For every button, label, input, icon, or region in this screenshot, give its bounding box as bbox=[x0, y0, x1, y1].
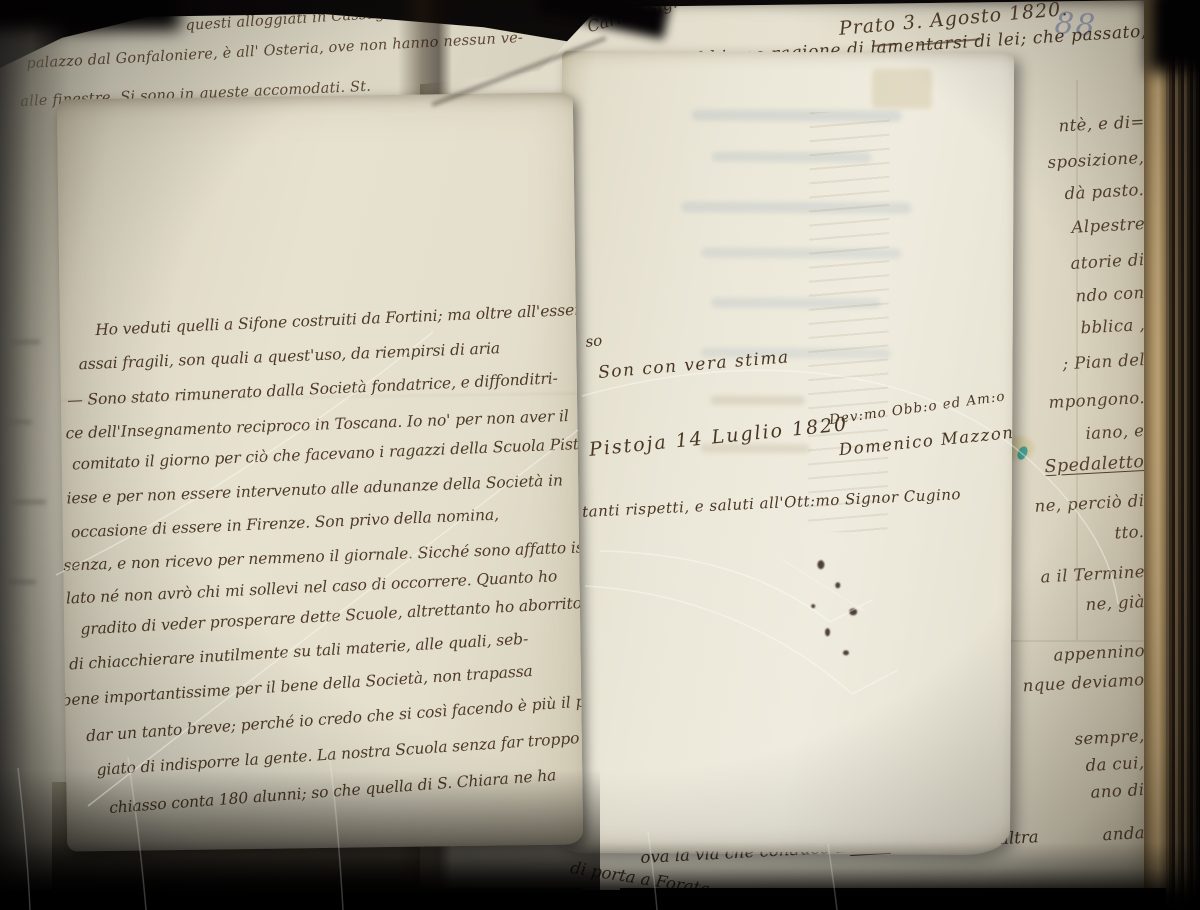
page-stack-edge bbox=[1166, 0, 1200, 910]
letter-sheet-middle: so Son con vera stima Pistoja 14 Luglio … bbox=[558, 51, 1014, 853]
handwriting-line: comitato il giorno per ciò che facevano … bbox=[72, 435, 583, 474]
handwriting-line: occasione di essere in Firenze. Son priv… bbox=[71, 506, 500, 542]
edge-fragment: sempre, bbox=[1074, 726, 1145, 749]
edge-fragment: atorie di bbox=[1070, 250, 1145, 273]
edge-fragment: Alpestre bbox=[1071, 214, 1145, 237]
postscript: tanti rispetti, e saluti all'Ott:mo Sign… bbox=[582, 485, 962, 521]
manuscript-photo: questi alloggiati in Cassagrato, se ne u… bbox=[0, 0, 1200, 910]
faint-showthrough bbox=[6, 420, 32, 424]
edge-fragment: ndo con bbox=[1075, 283, 1145, 306]
handwriting-fragment: so bbox=[585, 331, 603, 351]
ink-blot bbox=[825, 628, 830, 636]
faint-showthrough bbox=[8, 580, 36, 584]
letter-sheet-left: Ho veduti quelli a Sifone costruiti da F… bbox=[57, 92, 583, 851]
ink-blot bbox=[817, 560, 824, 569]
ink-blot bbox=[835, 582, 840, 588]
handwriting-line: ce dell'Insegnamento reciproco in Toscan… bbox=[65, 407, 569, 443]
edge-fragment: ; Pian del bbox=[1062, 350, 1145, 373]
edge-fragment: nque deviamo bbox=[1022, 670, 1145, 695]
edge-fragment: ne, perciò di bbox=[1034, 491, 1145, 516]
corner-shadow bbox=[1148, 0, 1200, 72]
faint-showthrough bbox=[12, 500, 46, 504]
corner-shadow bbox=[0, 0, 180, 30]
edge-fragment: Spedaletto bbox=[1044, 452, 1145, 477]
paper-crease bbox=[995, 640, 1160, 642]
ink-blot bbox=[811, 604, 815, 608]
stain bbox=[872, 68, 932, 108]
edge-fragment: mpongono. bbox=[1048, 388, 1145, 412]
edge-fragment: da cui, bbox=[1085, 753, 1145, 775]
faint-showthrough bbox=[710, 396, 805, 405]
edge-fragment: ntè, e di= bbox=[1058, 112, 1145, 135]
handwriting-line: assai fragili, son quali a quest'uso, da… bbox=[78, 339, 500, 373]
edge-fragment: appennino bbox=[1053, 641, 1145, 665]
edge-fragment: ne, già bbox=[1085, 592, 1145, 614]
ink-blot bbox=[843, 650, 849, 655]
edge-fragment: iano, e bbox=[1085, 421, 1145, 443]
faint-showthrough bbox=[10, 340, 40, 344]
edge-fragment: a il Termine bbox=[1040, 562, 1145, 586]
edge-fragment: tto. bbox=[1114, 522, 1145, 543]
bottom-shadow bbox=[0, 842, 1200, 910]
ink-smudge bbox=[808, 112, 890, 532]
edge-fragment: sposizione, bbox=[1047, 148, 1145, 172]
ink-blot bbox=[849, 608, 857, 615]
handwriting-line: — Sono stato rimunerato dalla Società fo… bbox=[67, 369, 558, 409]
closing-line: Son con vera stima bbox=[597, 347, 790, 383]
edge-fragment: ano di bbox=[1090, 780, 1145, 802]
paper-crease bbox=[1076, 80, 1078, 640]
edge-fragment: bblica , bbox=[1080, 315, 1145, 337]
handwriting-line: Ho veduti quelli a Sifone costruiti da F… bbox=[95, 301, 582, 339]
handwriting-line: iese e per non essere intervenuto alle a… bbox=[66, 471, 563, 507]
